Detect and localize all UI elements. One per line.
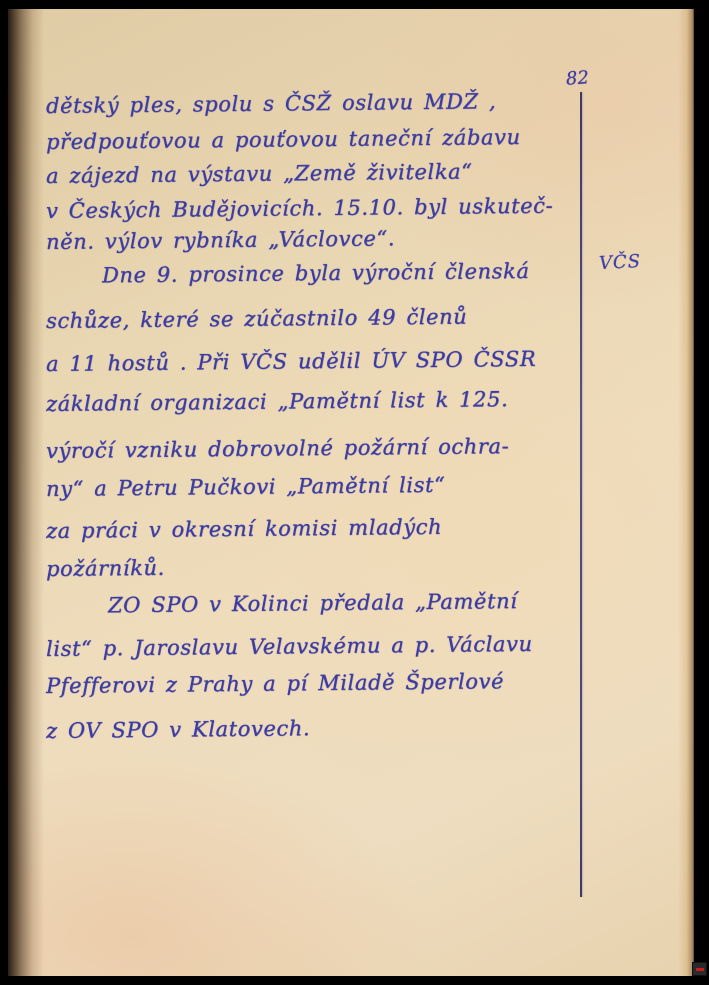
handwritten-line: ny“ a Petru Pučkovi „Pamětní list“ (46, 470, 591, 502)
handwritten-line: výročí vzniku dobrovolné požární ochra- (46, 432, 591, 464)
handwritten-line: z OV SPO v Klatovech. (46, 712, 591, 744)
handwritten-line: a 11 hostů . Při VČS udělil ÚV SPO ČSSR (46, 345, 591, 377)
handwritten-line: dětský ples, spolu s ČSŽ oslavu MDŽ , (46, 87, 591, 119)
handwritten-line: schůze, které se zúčastnilo 49 členů (46, 302, 591, 334)
handwritten-line: předpouťovou a pouťovou taneční zábavu (46, 123, 591, 155)
handwritten-line: něn. výlov rybníka „Václovce“. (46, 223, 591, 255)
handwritten-line: v Českých Budějovicích. 15.10. byl uskut… (46, 192, 591, 224)
handwritten-line: a zájezd na výstavu „Země živitelka“ (46, 157, 591, 189)
handwritten-line: Pfefferovi z Prahy a pí Miladě Šperlové (46, 667, 591, 699)
page-content: 82 VČS dětský ples, spolu s ČSŽ oslavu M… (0, 0, 709, 985)
handwritten-line: Dne 9. prosince byla výroční členská (46, 257, 647, 289)
handwritten-line: za práci v okresní komisi mladých (46, 512, 591, 544)
handwritten-line: základní organizaci „Pamětní list k 125. (46, 385, 591, 417)
handwritten-line: list“ p. Jaroslavu Velavskému a p. Václa… (46, 630, 591, 662)
handwritten-line: požárníků. (46, 550, 591, 582)
scan-artifact-red-bar (696, 968, 704, 971)
handwritten-line: ZO SPO v Kolinci předala „Pamětní (46, 587, 653, 619)
scan-artifact-icon (692, 962, 707, 976)
scanned-page: 82 VČS dětský ples, spolu s ČSŽ oslavu M… (0, 0, 709, 985)
